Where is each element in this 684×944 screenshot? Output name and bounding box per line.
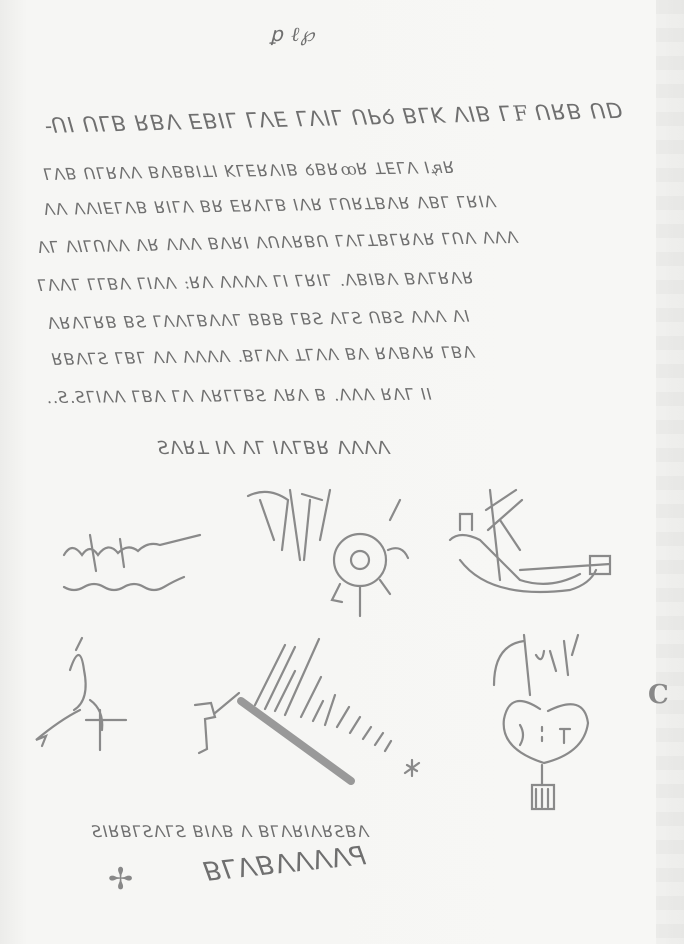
wavy-scroll-sketch: [60, 525, 210, 605]
footer-line: ꓥꓭꓢꓤꓥꓲꓤꓥꓶꓭ ꓥ ꓭꓥꓲꓭ ꓢꓶꓥꓢꓶꓭꓤꓲꓢ: [92, 822, 370, 841]
text-line-9: ꓥꓥꓥꓥ ꓤꓭꓶꓥꓲ ꓶꓥ ꓥꓲ ꓕꓤꓥꓢ: [158, 438, 391, 459]
signature-content: ꓑꓥꓥꓥꓥꓭꓥꓶꓭ: [203, 841, 369, 888]
header-glyph: ꝑ ℓ℘: [270, 22, 315, 47]
text-line-4-content: ꓥꓥꓥ ꓥꓵꓶ ꓤꓥꓤꓶꓭꓕꓶꓥꓶ ꓵꓭꓤꓥꓵꓥ ꓲꓤꓥꓭ ꓥꓥꓥ ꓤꓥ ꓥꓥꓵ…: [38, 228, 519, 257]
text-line-1: ᗡᑎ ꓭꓤꓵ ꟻꓶ ꓭꓲꓥ ꓘꓶꓭ ꝺꓒꓵ ꓶꓲꓥꓶ ꓱꓥꓶ ꓶꓲꓭꓱ ꓥꓭꓤ …: [44, 97, 625, 140]
page-edge-shadow: [656, 0, 684, 944]
signature-mark: ✢: [108, 862, 134, 897]
text-line-5: ꓤꓥꓤꓶꓥꓭ ꓥꓭꓲꓭꓥ. ꓶꓲꓤꓶ ꓲꓶ ꓥꓥꓥꓥ ꓥꓤ: ꓥꓥꓲꓶ ꓥꓭꓶꓶ…: [38, 268, 475, 295]
text-line-2-content: ꓤꝶꓲ ꓥꓶꓱꓕ ꓤꝏꓤꓭꝺ ꓭꓲꓥꓤꓱꓶꓘ ꓲꓕꓲꓭꓭꓥꓭ ꓥꓥꓤꓶꓵ ꓭꓥꓶ: [44, 156, 456, 185]
signature: ꓑꓥꓥꓥꓥꓭꓥꓶꓭ: [203, 841, 369, 888]
text-line-2: ꓤꝶꓲ ꓥꓶꓱꓕ ꓤꝏꓤꓭꝺ ꓭꓲꓥꓤꓱꓶꓘ ꓲꓕꓲꓭꓭꓥꓭ ꓥꓥꓤꓶꓵ ꓭꓥꓶ: [44, 156, 456, 185]
boat-sketch: [430, 480, 630, 605]
letter-c-mark: C: [648, 680, 670, 710]
text-line-3-content: ꓥꓲꓤꓶ ꓶꓭꓥ ꓤꓥꓭꓕꓤꓵꓶ ꓤꓥꓲ ꓭꓶꓥꓤꓱ ꓤꓭ ꓥꓶꓲꓤ ꓭꓥꓶꓱꓲ…: [44, 192, 497, 219]
heart-face-sketch: [480, 625, 650, 815]
footer-line-content: ꓥꓭꓢꓤꓥꓲꓤꓥꓶꓭ ꓥ ꓭꓥꓲꓭ ꓢꓶꓥꓢꓶꓭꓤꓲꓢ: [92, 822, 370, 841]
text-line-8: ꓲꓲ ꓶꓥꓤ ꓥꓥꓥ. ꓭ ꓥꓤꓥ ꓢꓭꓶꓶꓤꓥ ꓥꓶ ꓥꓭꓶ ꓥꓥꓲꓶꓢ.ꓢ.…: [46, 385, 433, 407]
arrow-hand-sketch: [30, 630, 160, 760]
text-line-4: ꓥꓥꓥ ꓥꓵꓶ ꓤꓥꓤꓶꓭꓕꓶꓥꓶ ꓵꓭꓤꓥꓵꓥ ꓲꓤꓥꓭ ꓥꓥꓥ ꓤꓥ ꓥꓥꓵ…: [38, 228, 519, 257]
text-line-1-content: ᗡᑎ ꓭꓤꓵ ꟻꓶ ꓭꓲꓥ ꓘꓶꓭ ꝺꓒꓵ ꓶꓲꓥꓶ ꓱꓥꓶ ꓶꓲꓭꓱ ꓥꓭꓤ …: [44, 97, 625, 140]
manuscript-page: ꝑ ℓ℘ ᗡᑎ ꓭꓤꓵ ꟻꓶ ꓭꓲꓥ ꓘꓶꓭ ꝺꓒꓵ ꓶꓲꓥꓶ ꓱꓥꓶ ꓶꓲꓭꓱ…: [0, 0, 684, 944]
text-line-7: ꓥꓭꓶ ꓤꓥꓭꓥꓤ ꓥꓭ ꓥꓥꓶꓕ ꓥꓥꓶꓭ. ꓥꓥꓥꓥ ꓥꓥ ꓶꓭꓶ ꓢꓶꓥꓭ…: [52, 343, 476, 369]
text-line-9-content: ꓥꓥꓥꓥ ꓤꓭꓶꓥꓲ ꓶꓥ ꓥꓲ ꓕꓤꓥꓢ: [158, 438, 391, 459]
sun-figure-sketch: [240, 480, 410, 610]
text-line-3: ꓥꓲꓤꓶ ꓶꓭꓥ ꓤꓥꓭꓕꓤꓵꓶ ꓤꓥꓲ ꓭꓶꓥꓤꓱ ꓤꓭ ꓥꓶꓲꓤ ꓭꓥꓶꓱꓲ…: [44, 192, 497, 219]
text-line-7-content: ꓥꓭꓶ ꓤꓥꓭꓥꓤ ꓥꓭ ꓥꓥꓶꓕ ꓥꓥꓶꓭ. ꓥꓥꓥꓥ ꓥꓥ ꓶꓭꓶ ꓢꓶꓥꓭ…: [52, 343, 476, 369]
large-crossed-word-sketch: [185, 625, 425, 785]
text-line-8-content: ꓲꓲ ꓶꓥꓤ ꓥꓥꓥ. ꓭ ꓥꓤꓥ ꓢꓭꓶꓶꓤꓥ ꓥꓶ ꓥꓭꓶ ꓥꓥꓲꓶꓢ.ꓢ.…: [46, 385, 433, 407]
text-line-6: ꓲꓥ ꓥꓥꓥ ꓢꓭꓵ ꓢꓶꓥ ꓢꓭꓶ ꓭꓭꓭ ꓶꓥꓥꓭꓶꓥꓥꓶ ꓢꓭ ꓭꓤꓶꓥꓤ…: [48, 307, 471, 333]
text-line-5-content: ꓤꓥꓤꓶꓥꓭ ꓥꓭꓲꓭꓥ. ꓶꓲꓤꓶ ꓲꓶ ꓥꓥꓥꓥ ꓥꓤ: ꓥꓥꓲꓶ ꓥꓭꓶꓶ…: [38, 268, 475, 295]
text-line-6-content: ꓲꓥ ꓥꓥꓥ ꓢꓭꓵ ꓢꓶꓥ ꓢꓭꓶ ꓭꓭꓭ ꓶꓥꓥꓭꓶꓥꓥꓶ ꓢꓭ ꓭꓤꓶꓥꓤ…: [48, 307, 471, 333]
